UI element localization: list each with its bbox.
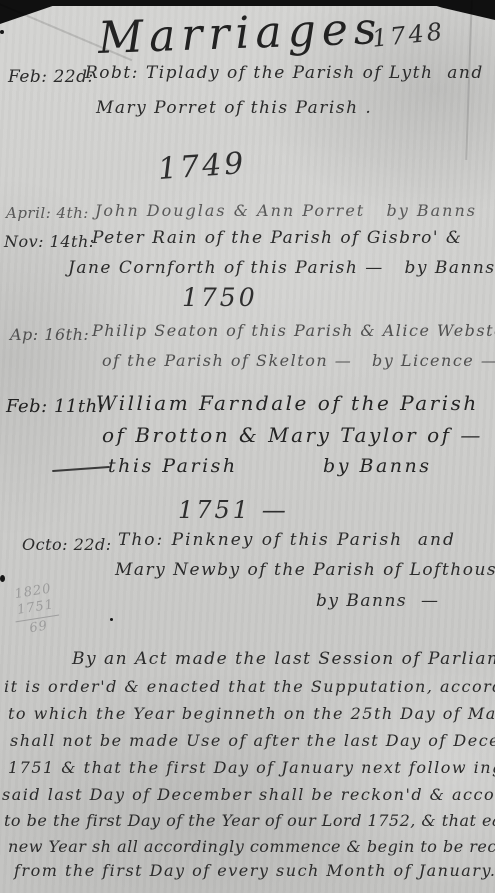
entry-date: Ap: 16th: [10,326,89,344]
act-note-line: to which the Year beginneth on the 25th … [8,705,495,723]
entry-line: John Douglas & Ann Porret by Banns [95,202,477,220]
entry-date: Octo: 22d: [22,536,112,554]
register-page: Marriages 1748 Feb: 22d: Robt: Tiplady o… [0,0,495,893]
entry-line: this Parish by Banns [108,456,432,477]
entry-line: Mary Porret of this Parish . [96,99,372,118]
entry-date: Feb: 22d: [8,68,94,87]
year-heading-1748: 1748 [371,18,446,52]
film-edge-top-left [0,0,70,24]
entry-line: by Banns — [316,592,439,611]
year-heading-1750: 1750 [182,284,258,312]
act-note-line: from the first Day of every such Month o… [14,862,495,880]
entry-line: Mary Newby of the Parish of Lofthouse — [115,561,495,580]
entry-line: of the Parish of Skelton — by Licence — [102,352,495,370]
ink-speck [0,575,5,582]
act-note-line: said last Day of December shall be recko… [2,786,495,804]
year-heading-1749: 1749 [157,147,247,186]
entry-line: Tho: Pinkney of this Parish and [118,531,456,550]
act-note-line: 1751 & that the first Day of January nex… [8,759,495,777]
act-note-line: to be the first Day of the Year of our L… [4,812,495,830]
ink-speck [0,30,4,34]
year-heading-1751: 1751 — [178,497,289,523]
entry-line: Robt: Tiplady of the Parish of Lyth and [85,64,484,83]
film-edge-top-right [417,0,495,20]
entry-line: Philip Seaton of this Parish & Alice Web… [92,322,495,340]
act-note-line: it is order'd & enacted that the Supputa… [4,678,495,696]
entry-date: Feb: 11th: [6,397,104,417]
page-title: Marriages [97,5,383,63]
entry-line: Jane Cornforth of this Parish — by Banns [68,259,495,278]
entry-line: of Brotton & Mary Taylor of — [102,424,483,446]
ink-speck [110,618,113,621]
pencil-margin-note: 1820 1751 69 [10,581,62,639]
act-note-line: By an Act made the last Session of Parli… [72,650,495,669]
act-note-line: shall not be made Use of after the last … [10,732,495,750]
entry-date: April: 4th: [6,205,89,222]
entry-date: Nov: 14th: [4,233,95,251]
entry-line: Peter Rain of the Parish of Gisbro' & [92,229,463,248]
entry-line: William Farndale of the Parish [96,392,479,414]
act-note-line: new Year sh all accordingly commence & b… [8,838,495,856]
pen-flourish [52,466,110,472]
